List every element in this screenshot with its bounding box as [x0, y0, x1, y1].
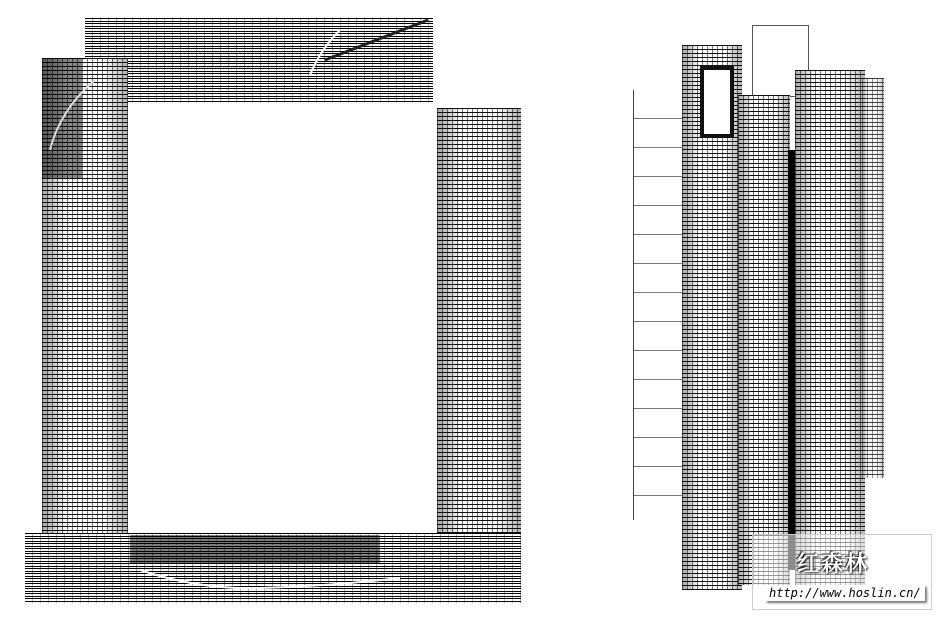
vertical-plank: [738, 95, 790, 585]
background-wall: [633, 90, 684, 520]
watermark: 红森林 http://www.hoslin.cn/: [752, 534, 932, 610]
watermark-url: http://www.hoslin.cn/: [765, 585, 925, 601]
watermark-logo: 红森林: [797, 547, 869, 578]
vertical-plank: [862, 78, 884, 478]
window-opening: [700, 66, 734, 138]
vertical-plank: [795, 70, 865, 585]
